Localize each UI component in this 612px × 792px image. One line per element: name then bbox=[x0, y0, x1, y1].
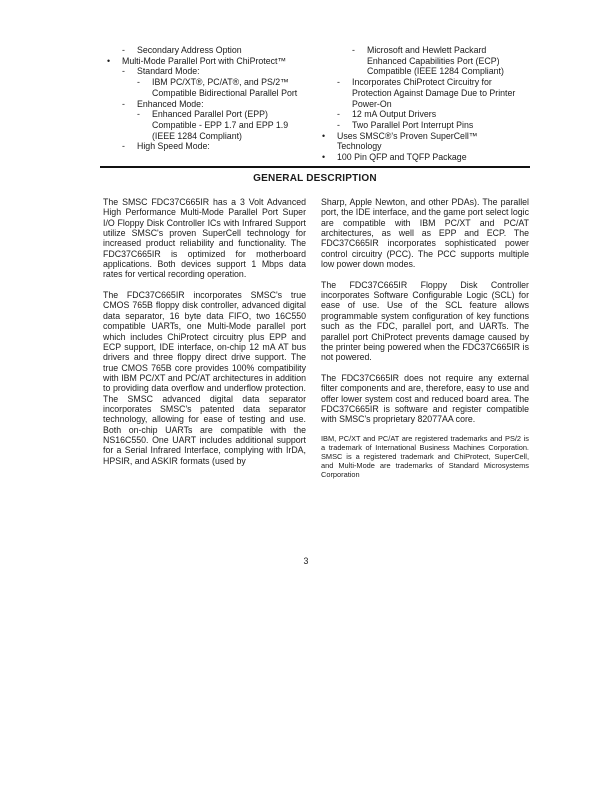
feature-text: Incorporates ChiProtect Circuitry forPro… bbox=[322, 77, 534, 109]
section-heading: GENERAL DESCRIPTION bbox=[100, 173, 530, 184]
feature-text: High Speed Mode: bbox=[104, 141, 322, 152]
feature-item: -Secondary Address Option bbox=[104, 45, 322, 56]
feature-item: •100 Pin QFP and TQFP Package bbox=[322, 152, 534, 163]
body-column-left: The SMSC FDC37C665IR has a 3 Volt Advanc… bbox=[103, 197, 306, 476]
feature-item: •Uses SMSC®'s Proven SuperCell™Technolog… bbox=[322, 131, 534, 152]
feature-text: Multi-Mode Parallel Port with ChiProtect… bbox=[104, 56, 322, 67]
trademark-note: IBM, PC/XT and PC/AT are registered trad… bbox=[321, 435, 529, 480]
feature-item: -Incorporates ChiProtect Circuitry forPr… bbox=[322, 77, 534, 109]
feature-text: Standard Mode: bbox=[104, 66, 322, 77]
paragraph: The FDC37C665IR Floppy Disk Controller i… bbox=[321, 280, 529, 363]
feature-item: -12 mA Output Drivers bbox=[322, 109, 534, 120]
feature-text: Enhanced Mode: bbox=[104, 99, 322, 110]
feature-list-right: -Microsoft and Hewlett PackardEnhanced C… bbox=[322, 45, 534, 163]
paragraph: Sharp, Apple Newton, and other PDAs). Th… bbox=[321, 197, 529, 269]
feature-item: -Two Parallel Port Interrupt Pins bbox=[322, 120, 534, 131]
feature-text: Two Parallel Port Interrupt Pins bbox=[322, 120, 534, 131]
feature-item: -Enhanced Mode: bbox=[104, 99, 322, 110]
feature-item: -High Speed Mode: bbox=[104, 141, 322, 152]
paragraph: The FDC37C665IR does not require any ext… bbox=[321, 373, 529, 425]
dash-icon: - bbox=[137, 109, 140, 120]
feature-item: -Microsoft and Hewlett PackardEnhanced C… bbox=[322, 45, 534, 77]
dash-icon: - bbox=[137, 77, 140, 88]
dash-icon: - bbox=[122, 45, 125, 56]
body-column-right: Sharp, Apple Newton, and other PDAs). Th… bbox=[321, 197, 529, 487]
feature-text: Secondary Address Option bbox=[104, 45, 322, 56]
bullet-icon: • bbox=[322, 131, 325, 142]
dash-icon: - bbox=[122, 141, 125, 152]
feature-item: -Standard Mode: bbox=[104, 66, 322, 77]
document-page: -Secondary Address Option•Multi-Mode Par… bbox=[0, 0, 612, 792]
feature-item: -IBM PC/XT®, PC/AT®, and PS/2™Compatible… bbox=[104, 77, 322, 98]
bullet-icon: • bbox=[322, 152, 325, 163]
dash-icon: - bbox=[122, 99, 125, 110]
section-divider-rule bbox=[100, 166, 530, 168]
dash-icon: - bbox=[337, 77, 340, 88]
paragraph: The SMSC FDC37C665IR has a 3 Volt Advanc… bbox=[103, 197, 306, 280]
dash-icon: - bbox=[122, 66, 125, 77]
feature-item: -Enhanced Parallel Port (EPP)Compatible … bbox=[104, 109, 322, 141]
bullet-icon: • bbox=[107, 56, 110, 67]
dash-icon: - bbox=[337, 120, 340, 131]
dash-icon: - bbox=[337, 109, 340, 120]
dash-icon: - bbox=[352, 45, 355, 56]
page-number: 3 bbox=[0, 556, 612, 566]
paragraph: The FDC37C665IR incorporates SMSC's true… bbox=[103, 290, 306, 466]
feature-text: 12 mA Output Drivers bbox=[322, 109, 534, 120]
feature-item: •Multi-Mode Parallel Port with ChiProtec… bbox=[104, 56, 322, 67]
feature-text: 100 Pin QFP and TQFP Package bbox=[322, 152, 534, 163]
feature-list-left: -Secondary Address Option•Multi-Mode Par… bbox=[104, 45, 322, 152]
feature-text: Uses SMSC®'s Proven SuperCell™Technology bbox=[322, 131, 534, 152]
